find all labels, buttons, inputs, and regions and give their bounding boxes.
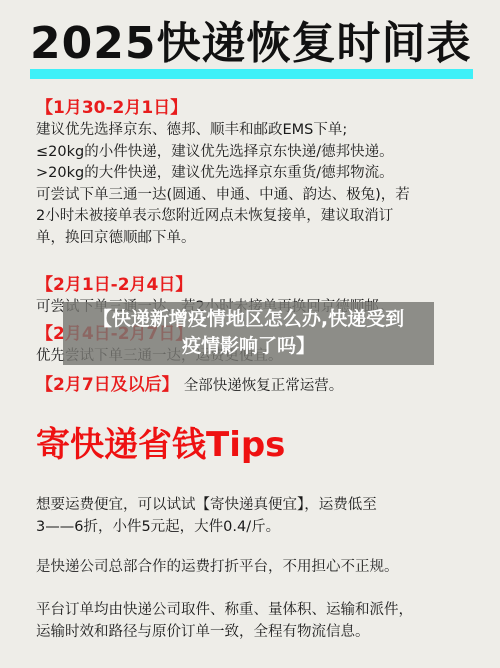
title-block: 2025快递恢复时间表 [30, 18, 474, 70]
section-heading: 【2月1日-2月4日】 [36, 273, 466, 297]
caption-line: 【快递新增疫情地区怎么办,快递受到 [63, 306, 434, 333]
line: 想要运费便宜，可以试试【寄快递真便宜】，运费低至 [36, 495, 466, 517]
inline-text: 全部快递恢复正常运营。 [184, 378, 344, 394]
tips-title: 寄快递省钱Tips [36, 425, 285, 465]
poster: 2025快递恢复时间表 【1月30-2月1日】 建议优先选择京东、德邦、顺丰和邮… [0, 0, 500, 668]
line: 可尝试下单三通一达(圆通、申通、中通、韵达、极兔)，若 [36, 185, 466, 207]
section-heading: 【1月30-2月1日】 [36, 96, 466, 120]
title-underline [30, 69, 473, 79]
line: 建议优先选择京东、德邦、顺丰和邮政EMS下单; [36, 120, 466, 142]
line: 运输时效和路径与原价订单一致，全程有物流信息。 [36, 622, 466, 644]
line: 3——6折，小件5元起，大件0.4/斤。 [36, 517, 466, 539]
section-heading: 【2月7日及以后】 [36, 375, 179, 395]
line: 平台订单均由快递公司取件、称重、量体积、运输和派件， [36, 600, 466, 622]
tips-paragraph-2: 是快递公司总部合作的运费打折平台，不用担心不正规。 [36, 557, 466, 579]
caption-overlay[interactable]: 【快递新增疫情地区怎么办,快递受到 疫情影响了吗】 [63, 302, 434, 365]
page-title: 2025快递恢复时间表 [30, 18, 474, 70]
tips-paragraph-1: 想要运费便宜，可以试试【寄快递真便宜】，运费低至 3——6折，小件5元起，大件0… [36, 495, 466, 538]
line: 单，换回京德顺邮下单。 [36, 228, 466, 250]
caption-line: 疫情影响了吗】 [63, 333, 434, 360]
line: 2小时未被接单表示您附近网点未恢复接单，建议取消订 [36, 206, 466, 228]
line: ≤20kg的小件快递，建议优先选择京东快递/德邦快递。 [36, 142, 466, 164]
line: 是快递公司总部合作的运费打折平台，不用担心不正规。 [36, 557, 466, 579]
section-jan30-feb1: 【1月30-2月1日】 建议优先选择京东、德邦、顺丰和邮政EMS下单; ≤20k… [36, 96, 466, 249]
line: >20kg的大件快递，建议优先选择京东重货/德邦物流。 [36, 163, 466, 185]
section-feb7-onward: 【2月7日及以后】 全部快递恢复正常运营。 [36, 370, 466, 398]
tips-paragraph-3: 平台订单均由快递公司取件、称重、量体积、运输和派件， 运输时效和路径与原价订单一… [36, 600, 466, 643]
